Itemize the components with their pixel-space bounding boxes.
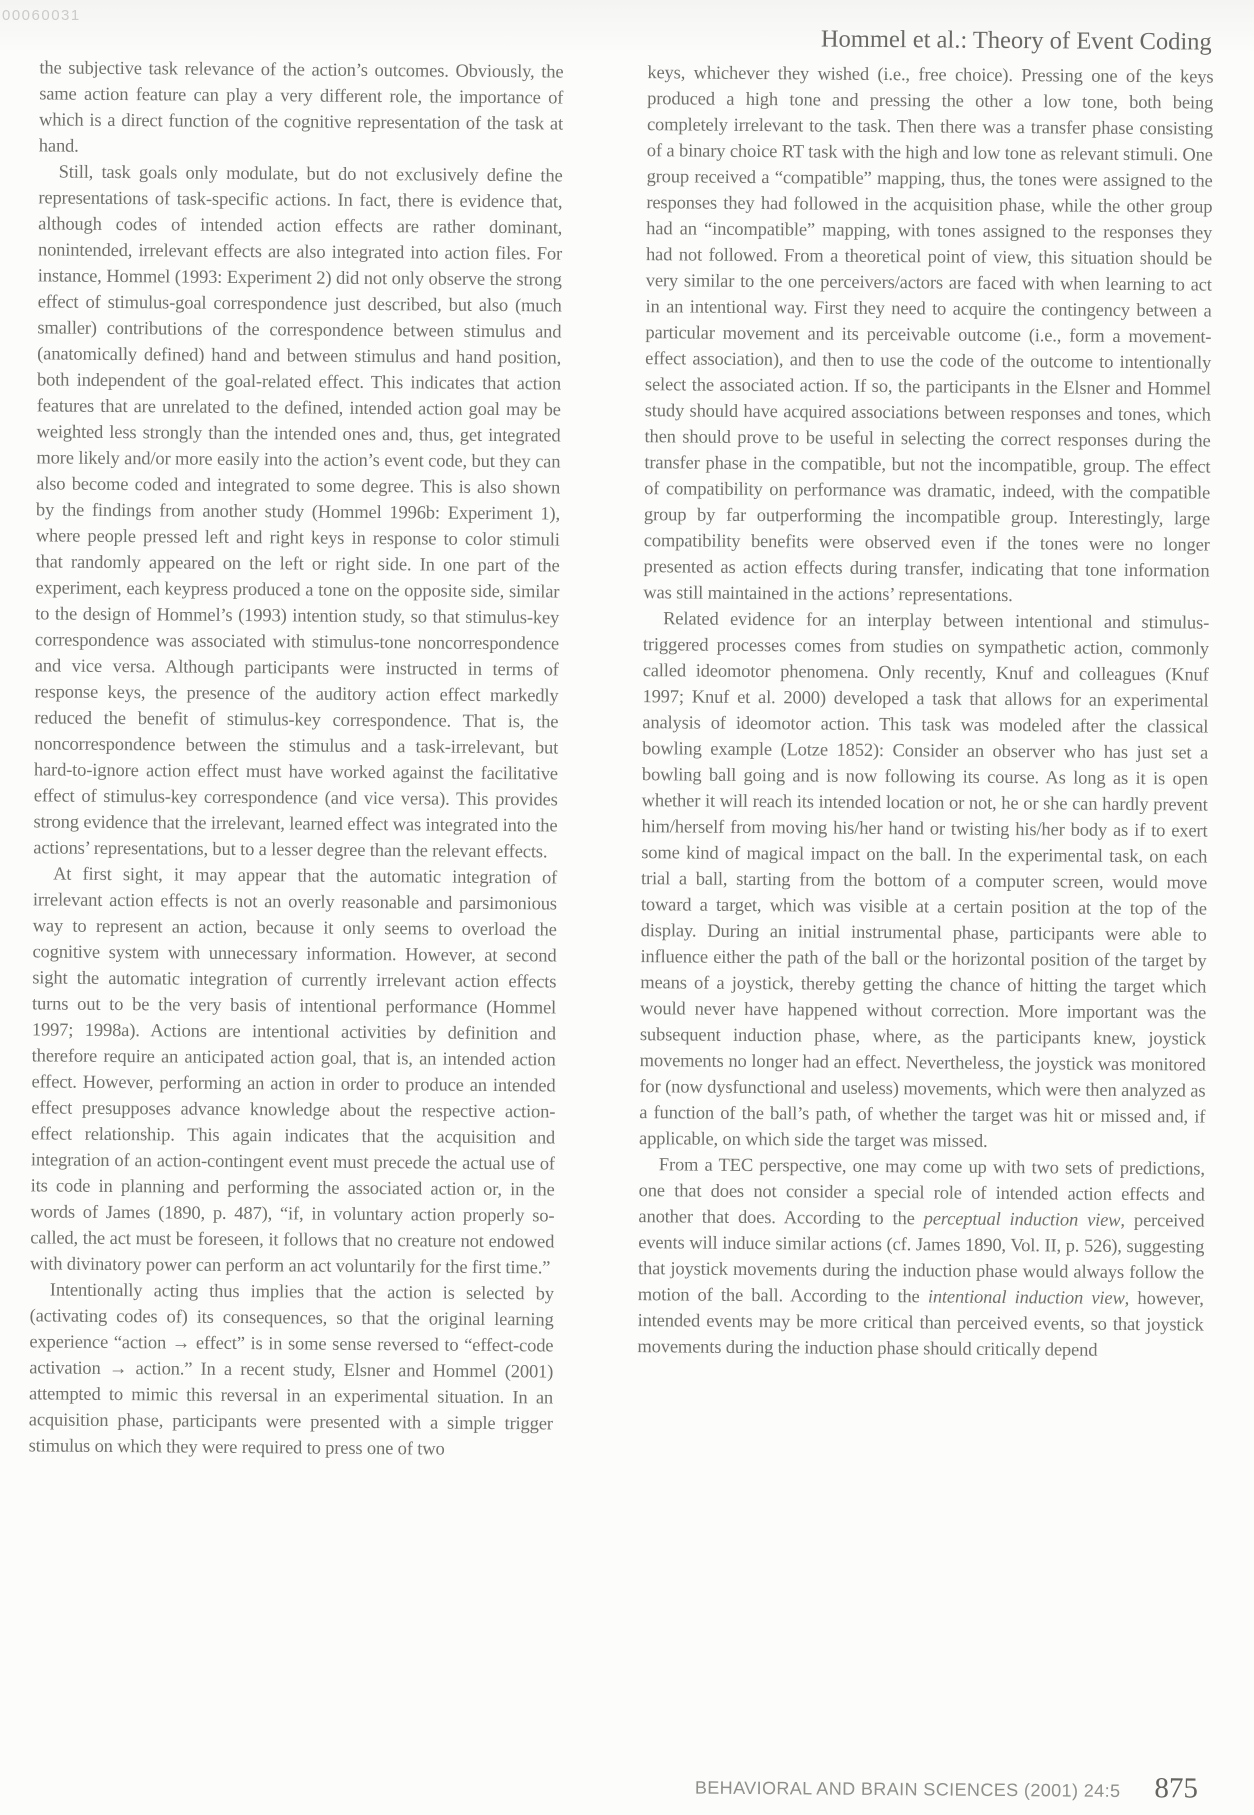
scanned-journal-page: 00060031 Hommel et al.: Theory of Event … — [0, 0, 1254, 1815]
page-footer: BEHAVIORAL AND BRAIN SCIENCES (2001) 24:… — [695, 1769, 1198, 1806]
paragraph: From a TEC perspective, one may come up … — [637, 1152, 1205, 1364]
page-number: 875 — [1154, 1772, 1198, 1804]
left-column: the subjective task relevance of the act… — [29, 55, 564, 1463]
right-column: keys, whichever they wished (i.e., free … — [637, 60, 1213, 1364]
paragraph: Intentionally acting thus implies that t… — [29, 1277, 554, 1463]
paragraph: Related evidence for an interplay betwee… — [639, 606, 1209, 1156]
paragraph: Still, task goals only modulate, but do … — [33, 159, 562, 865]
italic-term: intentional induction view — [928, 1287, 1125, 1309]
paragraph: the subjective task relevance of the act… — [39, 55, 564, 163]
paragraph: At first sight, it may appear that the a… — [30, 861, 557, 1281]
scan-tilt-layer: Hommel et al.: Theory of Event Coding th… — [0, 0, 1254, 1815]
running-header: Hommel et al.: Theory of Event Coding — [821, 26, 1212, 57]
journal-citation: BEHAVIORAL AND BRAIN SCIENCES (2001) 24:… — [695, 1778, 1121, 1801]
paragraph: keys, whichever they wished (i.e., free … — [643, 60, 1213, 610]
italic-term: perceptual induction view — [924, 1209, 1121, 1231]
